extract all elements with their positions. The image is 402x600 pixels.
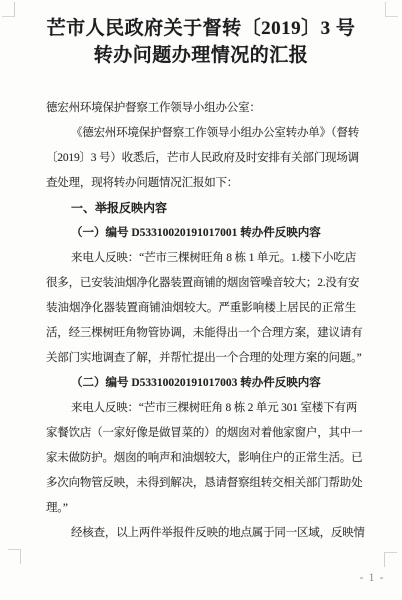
text-line: 装油烟净化器装置商铺油烟较大。严重影响楼上居民的正常生 xyxy=(46,296,356,321)
text-line: 查处理，现将转办问题情况汇报如下： xyxy=(46,171,356,196)
document-title-line-2: 转办问题办理情况的汇报 xyxy=(0,42,402,69)
text-line: 理。” xyxy=(46,496,356,521)
text-line: 《德宏州环境保护督察工作领导小组办公室转办单》（督转 xyxy=(46,121,356,146)
subsection-heading-2: （二）编号 D53310020191017003 转办件反映内容 xyxy=(46,371,356,396)
text-line: 来电人反映：“芒市三棵树旺角 8 栋 2 单元 301 室楼下有两 xyxy=(46,396,356,421)
subsection-heading-1: （一）编号 D53310020191017001 转办件反映内容 xyxy=(46,221,356,246)
text-line: 〔2019〕3 号）收悉后，芒市人民政府及时安排有关部门现场调 xyxy=(46,146,356,171)
text-line: 多次向物管反映，未得到解决，恳请督察组转交相关部门帮助处 xyxy=(46,471,356,496)
page-number: - 1 - xyxy=(350,570,394,584)
document-body: 德宏州环境保护督察工作领导小组办公室： 《德宏州环境保护督察工作领导小组办公室转… xyxy=(46,96,356,546)
text-line: 家未做防护。烟囱的响声和油烟较大，影响住户的正常生活。已 xyxy=(46,446,356,471)
document-page: 芒市人民政府关于督转〔2019〕3 号 转办问题办理情况的汇报 德宏州环境保护督… xyxy=(0,0,402,600)
document-title: 芒市人民政府关于督转〔2019〕3 号 转办问题办理情况的汇报 xyxy=(0,15,402,69)
corner-mark-bottom-right xyxy=(384,552,397,567)
text-line: 来电人反映：“芒市三棵树旺角 8 栋 1 单元。1.楼下小吃店 xyxy=(46,246,356,271)
text-line: 活，经三棵树旺角物管协调，未能得出一个合理方案，建议请有 xyxy=(46,321,356,346)
text-line: 关部门实地调查了解，并帮忙提出一个合理的处理方案的问题。” xyxy=(46,346,356,371)
text-line: 家餐饮店（一家好像是做冒菜的）的烟囱对着他家窗户，其中一 xyxy=(46,421,356,446)
corner-mark-bottom-left xyxy=(8,549,21,564)
document-title-line-1: 芒市人民政府关于督转〔2019〕3 号 xyxy=(0,15,402,42)
section-heading-1: 一、举报反映内容 xyxy=(46,196,356,221)
text-line: 很多，已安装油烟净化器装置商铺的烟囱管噪音较大；2.没有安 xyxy=(46,271,356,296)
text-line-addressee: 德宏州环境保护督察工作领导小组办公室： xyxy=(46,96,356,121)
text-line: 经核查，以上两件举报件反映的地点属于同一区域，反映情 xyxy=(46,521,356,546)
